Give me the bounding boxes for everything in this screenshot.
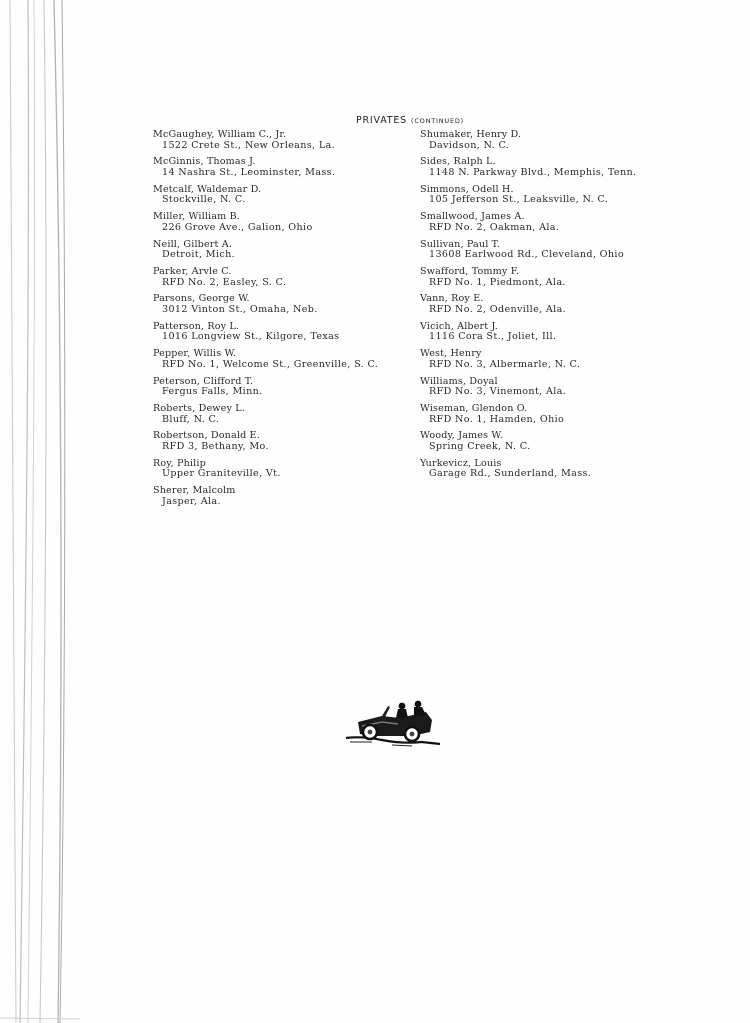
soldier-address: 13608 Earlwood Rd., Cleveland, Ohio xyxy=(420,250,710,261)
soldier-address: Davidson, N. C. xyxy=(420,141,710,152)
soldier-name: Roberts, Dewey L. xyxy=(153,404,443,415)
roster-entry: McGaughey, William C., Jr.1522 Crete St.… xyxy=(153,130,443,157)
roster-entry: Vicich, Albert J.1116 Cora St., Joliet, … xyxy=(420,322,710,349)
roster-entry: Roy, PhilipUpper Graniteville, Vt. xyxy=(153,459,443,486)
soldier-address: RFD No. 2, Easley, S. C. xyxy=(153,278,443,289)
soldier-address: Bluff, N. C. xyxy=(153,415,443,426)
page-edge-streaks xyxy=(0,0,80,1023)
soldier-address: 1148 N. Parkway Blvd., Memphis, Tenn. xyxy=(420,168,710,179)
section-heading: PRIVATES(CONTINUED) xyxy=(0,115,750,126)
roster-entry: Peterson, Clifford T.Fergus Falls, Minn. xyxy=(153,377,443,404)
scanned-page: PRIVATES(CONTINUED) McGaughey, William C… xyxy=(0,0,750,1023)
roster-entry: Yurkevicz, LouisGarage Rd., Sunderland, … xyxy=(420,459,710,486)
soldier-address: RFD No. 3, Albermarle, N. C. xyxy=(420,360,710,371)
soldier-address: 226 Grove Ave., Galion, Ohio xyxy=(153,223,443,234)
roster-entry: Parker, Arvle C.RFD No. 2, Easley, S. C. xyxy=(153,267,443,294)
roster-entry: Metcalf, Waldemar D.Stockville, N. C. xyxy=(153,185,443,212)
roster-entry: Shumaker, Henry D.Davidson, N. C. xyxy=(420,130,710,157)
soldier-name: Swafford, Tommy F. xyxy=(420,267,710,278)
roster-entry: West, HenryRFD No. 3, Albermarle, N. C. xyxy=(420,349,710,376)
soldier-address: RFD 3, Bethany, Mo. xyxy=(153,442,443,453)
roster-column-right: Shumaker, Henry D.Davidson, N. C.Sides, … xyxy=(420,130,710,486)
soldier-address: 105 Jefferson St., Leaksville, N. C. xyxy=(420,195,710,206)
soldier-address: Fergus Falls, Minn. xyxy=(153,387,443,398)
roster-entry: Pepper, Willis W.RFD No. 1, Welcome St.,… xyxy=(153,349,443,376)
roster-column-left: McGaughey, William C., Jr.1522 Crete St.… xyxy=(153,130,443,513)
roster-entry: Sides, Ralph L.1148 N. Parkway Blvd., Me… xyxy=(420,157,710,184)
roster-entry: Robertson, Donald E.RFD 3, Bethany, Mo. xyxy=(153,431,443,458)
soldier-address: RFD No. 2, Oakman, Ala. xyxy=(420,223,710,234)
heading-note: (CONTINUED) xyxy=(411,117,464,125)
soldier-address: RFD No. 2, Odenville, Ala. xyxy=(420,305,710,316)
soldier-address: 1116 Cora St., Joliet, Ill. xyxy=(420,332,710,343)
roster-entry: Miller, William B.226 Grove Ave., Galion… xyxy=(153,212,443,239)
soldier-address: RFD No. 1, Piedmont, Ala. xyxy=(420,278,710,289)
soldier-name: Shumaker, Henry D. xyxy=(420,130,710,141)
roster-entry: Patterson, Roy L.1016 Longview St., Kilg… xyxy=(153,322,443,349)
soldier-address: 14 Nashra St., Leominster, Mass. xyxy=(153,168,443,179)
roster-entry: Parsons, George W.3012 Vinton St., Omaha… xyxy=(153,294,443,321)
roster-entry: Sullivan, Paul T.13608 Earlwood Rd., Cle… xyxy=(420,240,710,267)
roster-entry: Simmons, Odell H.105 Jefferson St., Leak… xyxy=(420,185,710,212)
soldier-address: 3012 Vinton St., Omaha, Neb. xyxy=(153,305,443,316)
roster-entry: McGinnis, Thomas J.14 Nashra St., Leomin… xyxy=(153,157,443,184)
heading-title: PRIVATES xyxy=(356,115,407,126)
soldier-address: RFD No. 3, Vinemont, Ala. xyxy=(420,387,710,398)
roster-entry: Roberts, Dewey L.Bluff, N. C. xyxy=(153,404,443,431)
roster-entry: Smallwood, James A.RFD No. 2, Oakman, Al… xyxy=(420,212,710,239)
roster-entry: Wiseman, Glendon O.RFD No. 1, Hamden, Oh… xyxy=(420,404,710,431)
soldier-address: RFD No. 1, Hamden, Ohio xyxy=(420,415,710,426)
soldier-name: Wiseman, Glendon O. xyxy=(420,404,710,415)
soldier-address: Upper Graniteville, Vt. xyxy=(153,469,443,480)
roster-entry: Vann, Roy E.RFD No. 2, Odenville, Ala. xyxy=(420,294,710,321)
roster-entry: Swafford, Tommy F.RFD No. 1, Piedmont, A… xyxy=(420,267,710,294)
soldier-name: McGaughey, William C., Jr. xyxy=(153,130,443,141)
soldier-address: Stockville, N. C. xyxy=(153,195,443,206)
roster-entry: Williams, DoyalRFD No. 3, Vinemont, Ala. xyxy=(420,377,710,404)
soldier-address: Jasper, Ala. xyxy=(153,497,443,508)
soldier-address: Spring Creek, N. C. xyxy=(420,442,710,453)
soldier-address: RFD No. 1, Welcome St., Greenville, S. C… xyxy=(153,360,443,371)
soldier-address: 1016 Longview St., Kilgore, Texas xyxy=(153,332,443,343)
roster-entry: Sherer, MalcolmJasper, Ala. xyxy=(153,486,443,513)
roster-entry: Woody, James W.Spring Creek, N. C. xyxy=(420,431,710,458)
soldier-address: 1522 Crete St., New Orleans, La. xyxy=(153,141,443,152)
soldier-address: Detroit, Mich. xyxy=(153,250,443,261)
soldier-name: Parker, Arvle C. xyxy=(153,267,443,278)
jeep-icon xyxy=(342,698,446,752)
soldier-address: Garage Rd., Sunderland, Mass. xyxy=(420,469,710,480)
roster-entry: Neill, Gilbert A.Detroit, Mich. xyxy=(153,240,443,267)
